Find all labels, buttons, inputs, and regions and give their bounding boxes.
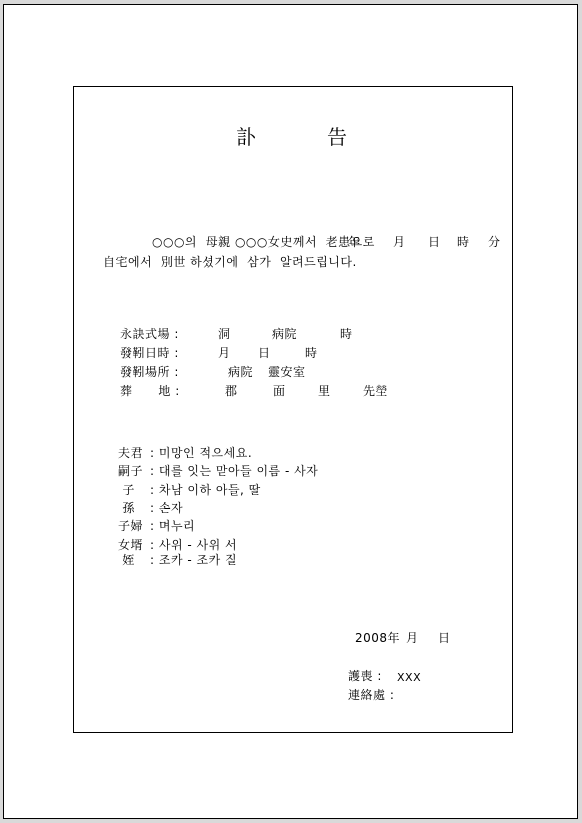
- relation-label-grandson: 孫: [118, 501, 135, 516]
- contact-label: 連絡處 :: [348, 688, 394, 703]
- schedule-value-burial-gravesite: 先塋: [363, 384, 388, 399]
- schedule-value-hall-dong: 洞: [218, 327, 231, 342]
- relation-label-nephew: 姪: [118, 553, 135, 568]
- schedule-value-departure-day: 日: [258, 346, 271, 361]
- relation-label-daughter-in-law: 子婦: [118, 519, 143, 534]
- host-label: 護喪 :: [348, 669, 382, 684]
- schedule-value-burial-village: 里: [318, 384, 331, 399]
- page: 訃 告 ○○○의 母親 ○○○女史께서 老患으로 年 月 日 時 分 自宅에서 …: [0, 0, 582, 823]
- title-char-bu: 訃: [236, 126, 256, 148]
- unit-minute: 分: [488, 235, 501, 250]
- relation-desc-husband: : 미망인 적으세요.: [150, 446, 252, 461]
- intro-line2: 自宅에서 別世 하셨기에 삼가 알려드립니다.: [103, 255, 357, 270]
- schedule-label-departure-place: 發靷場所 :: [120, 365, 179, 380]
- footer-date-year: 2008年: [355, 631, 400, 646]
- schedule-value-hall-time: 時: [340, 327, 353, 342]
- relation-label-heir: 嗣子: [118, 464, 143, 479]
- schedule-value-departure-hour: 時: [305, 346, 318, 361]
- schedule-value-place-mortuary: 靈安室: [268, 365, 306, 380]
- unit-year: 年: [348, 235, 361, 250]
- footer-date-day: 日: [438, 631, 451, 646]
- host-value: XXX: [397, 670, 421, 685]
- schedule-value-departure-month: 月: [218, 346, 231, 361]
- intro-line1: ○○○의 母親 ○○○女史께서 老患으로: [152, 235, 375, 250]
- schedule-value-burial-county: 郡: [225, 384, 238, 399]
- relation-desc-grandson: : 손자: [150, 501, 183, 516]
- schedule-value-burial-township: 面: [273, 384, 286, 399]
- relation-desc-nephew: : 조카 - 조카 질: [150, 553, 237, 568]
- schedule-value-hall-hospital: 病院: [272, 327, 297, 342]
- relation-desc-heir: : 대를 잇는 맏아들 이름 - 사자: [150, 464, 318, 479]
- footer-date-month: 月: [406, 631, 419, 646]
- schedule-label-hall: 永訣式場 :: [120, 327, 179, 342]
- relation-desc-daughter-in-law: : 며누리: [150, 519, 195, 534]
- relation-label-husband: 夫君: [118, 446, 143, 461]
- unit-hour: 時: [457, 235, 470, 250]
- relation-label-son: 子: [118, 483, 135, 498]
- relation-desc-son-in-law: : 사위 - 사위 서: [150, 538, 237, 553]
- schedule-value-place-hospital: 病院: [228, 365, 253, 380]
- schedule-label-burial-site: 葬 地 :: [120, 384, 180, 399]
- relation-label-son-in-law: 女壻: [118, 538, 143, 553]
- title-char-go: 告: [327, 126, 347, 148]
- unit-day: 日: [428, 235, 441, 250]
- relation-desc-son: : 차남 이하 아들, 딸: [150, 483, 261, 498]
- schedule-label-departure-time: 發靷日時 :: [120, 346, 179, 361]
- unit-month: 月: [393, 235, 406, 250]
